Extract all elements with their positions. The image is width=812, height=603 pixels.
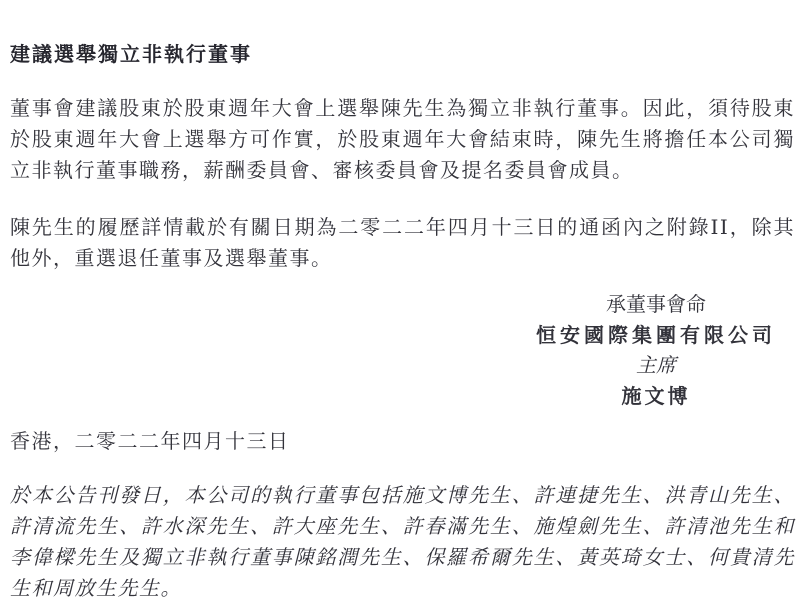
announcement-page: 建議選舉獨立非執行董事 董事會建議股東於股東週年大會上選舉陳先生為獨立非執行董事… [0, 0, 812, 603]
paragraph-proposal: 董事會建議股東於股東週年大會上選舉陳先生為獨立非執行董事。因此，須待股東 於股東… [10, 93, 795, 186]
paragraph-biography-reference: 陳先生的履歷詳情載於有關日期為二零二二年四月十三日的通函內之附錄II，除其 他外… [10, 212, 795, 274]
signatory-title: 主席 [521, 350, 791, 381]
signature-block: 承董事會命 恒安國際集團有限公司 主席 施文博 [521, 289, 791, 411]
paragraph-line: 陳先生的履歷詳情載於有關日期為二零二二年四月十三日的通函內之附錄II，除其 [10, 212, 795, 243]
paragraph-line: 他外，重選退任董事及選舉董事。 [10, 243, 795, 274]
by-order-of-board: 承董事會命 [521, 289, 791, 320]
paragraph-line: 於股東週年大會上選舉方可作實，於股東週年大會結束時，陳先生將擔任本公司獨 [10, 124, 795, 155]
paragraph-line: 立非執行董事職務，薪酬委員會、審核委員會及提名委員會成員。 [10, 155, 795, 186]
place-and-date: 香港，二零二二年四月十三日 [10, 425, 795, 454]
company-name: 恒安國際集團有限公司 [521, 320, 791, 351]
paragraph-line: 李偉樑先生及獨立非執行董事陳銘潤先生、保羅希爾先生、黃英琦女士、何貴清先 [10, 542, 795, 573]
paragraph-line: 許清流先生、許水深先生、許大座先生、許春滿先生、施煌劍先生、許清池先生和 [10, 511, 795, 542]
page-content: 建議選舉獨立非執行董事 董事會建議股東於股東週年大會上選舉陳先生為獨立非執行董事… [10, 0, 795, 603]
paragraph-directors-list: 於本公告刊發日，本公司的執行董事包括施文博先生、許連捷先生、洪青山先生、 許清流… [10, 480, 795, 603]
paragraph-line: 於本公告刊發日，本公司的執行董事包括施文博先生、許連捷先生、洪青山先生、 [10, 480, 795, 511]
signatory-name: 施文博 [521, 381, 791, 412]
paragraph-line: 董事會建議股東於股東週年大會上選舉陳先生為獨立非執行董事。因此，須待股東 [10, 93, 795, 124]
paragraph-line: 生和周放生先生。 [10, 573, 795, 603]
section-heading: 建議選舉獨立非執行董事 [10, 38, 795, 67]
